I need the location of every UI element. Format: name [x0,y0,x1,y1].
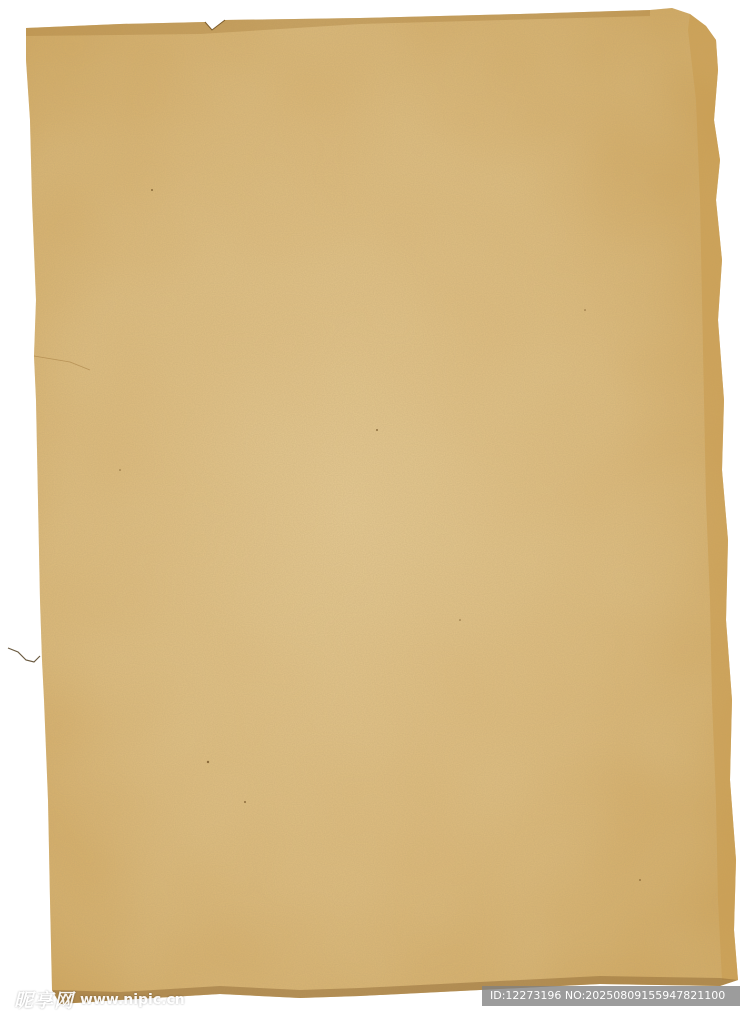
watermark-logo: 昵享网 [14,986,74,1013]
loose-fiber [8,648,40,662]
site-watermark: 昵享网 www.nipic.cn [14,986,185,1013]
watermark-url: www.nipic.cn [80,992,185,1008]
aged-paper-sheet [0,0,756,1024]
image-id-badge: ID:12273196 NO:20250809155947821100 [482,986,740,1006]
